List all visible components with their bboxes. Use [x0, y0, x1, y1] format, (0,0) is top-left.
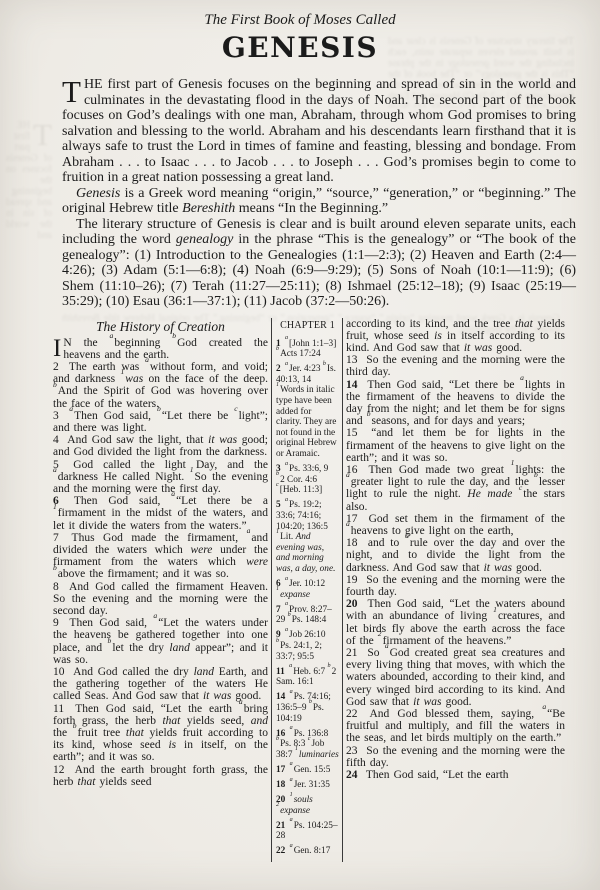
- verse-12: 12 And the earth brought forth grass, th…: [53, 764, 268, 788]
- cross-ref-note-v5: 5 aPs. 19:2; 33:6; 74:16; 104:20; 136:5 …: [276, 500, 339, 574]
- cross-ref-note-v3: 3 aPs. 33:6, 9 b2 Cor. 4:6 c[Heb. 11:3]: [276, 464, 339, 496]
- verse-9: 9 Then God said, a“Let the waters under …: [53, 617, 268, 666]
- cross-ref-note-v17: 17 aGen. 15:5: [276, 765, 339, 776]
- cross-ref-note-v22: 22 aGen. 8:17: [276, 846, 339, 857]
- section-heading: The History of Creation: [53, 319, 268, 334]
- verse-6: 6 Then God said, a“Let there be a 1firma…: [53, 495, 268, 532]
- scripture-body: The History of Creation IN the abeginnin…: [0, 318, 600, 862]
- verse-7: 7 Thus God made the firmament, aand divi…: [53, 532, 268, 581]
- cross-ref-note-v11: 11 aHeb. 6:7 b2 Sam. 16:1: [276, 667, 339, 688]
- book-introduction: THE first part of Genesis focuses on the…: [62, 77, 576, 310]
- cross-ref-note-v14: 14 aPs. 74:16; 136:5–9 bPs. 104:19: [276, 692, 339, 724]
- verse-17: 17 God set them in the firmament of the …: [346, 513, 565, 537]
- verse-13: 13 So the evening and the morning were t…: [346, 354, 565, 378]
- intro-paragraph: THE first part of Genesis focuses on the…: [62, 77, 576, 186]
- verse-24: 24 Then God said, “Let the earth: [346, 769, 565, 781]
- verse-5: 5 God called the light Day, and the adar…: [53, 459, 268, 496]
- cross-ref-note-v18: 18 aJer. 31:35: [276, 780, 339, 791]
- verse-22: 22 And God blessed them, saying, a“Be fr…: [346, 708, 565, 745]
- verse-1: IN the abeginning bGod created the heave…: [53, 337, 268, 361]
- verse-20: 20 Then God said, “Let the waters abound…: [346, 598, 565, 647]
- verse-16: 16 Then God made two great 1lights: the …: [346, 464, 565, 513]
- cross-ref-note-v9: 9 aJob 26:10 bPs. 24:1, 2; 33:7; 95:5: [276, 630, 339, 662]
- intro-paragraph: Genesis is a Greek word meaning “origin,…: [62, 186, 576, 217]
- masthead: The First Book of Moses Called GENESIS: [0, 0, 600, 64]
- scripture-column-right: according to its kind, and the tree that…: [346, 318, 565, 862]
- cross-ref-note-v7: 7 aProv. 8:27–29 bPs. 148:4: [276, 605, 339, 626]
- series-title: The First Book of Moses Called: [0, 12, 600, 29]
- verse-21: 21 So aGod created great sea creatures a…: [346, 647, 565, 708]
- cross-ref-note-v16: 16 aPs. 136:8 bPs. 8:3 cJob 38:7 1lumina…: [276, 729, 339, 761]
- bible-page: The literary structure of Genesis is cle…: [0, 0, 600, 890]
- verse-19: 19 So the evening and the morning were t…: [346, 574, 565, 598]
- verse-8: 8 And God called the firmament Heaven. S…: [53, 581, 268, 618]
- cross-ref-note-v2: 2 aJer. 4:23 bIs. 40:13, 14 1Words in it…: [276, 364, 339, 459]
- verse-12-continued: according to its kind, and the tree that…: [346, 318, 565, 355]
- verse-3: 3 aThen God said, b“Let there be clight”…: [53, 410, 268, 434]
- verse-23: 23 So the evening and the morning were t…: [346, 745, 565, 769]
- verse-4: 4 And God saw the light, that it was goo…: [53, 434, 268, 458]
- verse-11: 11 Then God said, “Let the earth abring …: [53, 703, 268, 764]
- verse-2: 2 The earth was awithout form, and void;…: [53, 361, 268, 410]
- cross-reference-column: CHAPTER 1 1 a[John 1:1–3] bActs 17:24 2 …: [271, 318, 343, 862]
- cross-ref-note-v21: 21 aPs. 104:25–28: [276, 821, 339, 842]
- cross-ref-note-v1: 1 a[John 1:1–3] bActs 17:24: [276, 339, 339, 360]
- cross-ref-note-v20: 20 1souls 2expanse: [276, 795, 339, 816]
- verse-14: 14 Then God said, “Let there be alights …: [346, 379, 565, 428]
- verse-18: 18 and to arule over the day and over th…: [346, 537, 565, 574]
- scripture-column-left: The History of Creation IN the abeginnin…: [53, 318, 268, 862]
- verse-15: 15 “and let them be for lights in the fi…: [346, 427, 565, 464]
- bleed-through-text: THE first part of Genesis focuses on the…: [6, 120, 52, 240]
- cross-ref-note-v6: 6 aJer. 10:12 1expanse: [276, 579, 339, 600]
- book-title: GENESIS: [0, 32, 600, 64]
- intro-paragraph: The literary structure of Genesis is cle…: [62, 217, 576, 310]
- chapter-heading: CHAPTER 1: [276, 320, 339, 332]
- verse-10: 10 And God called the dry land Earth, an…: [53, 666, 268, 703]
